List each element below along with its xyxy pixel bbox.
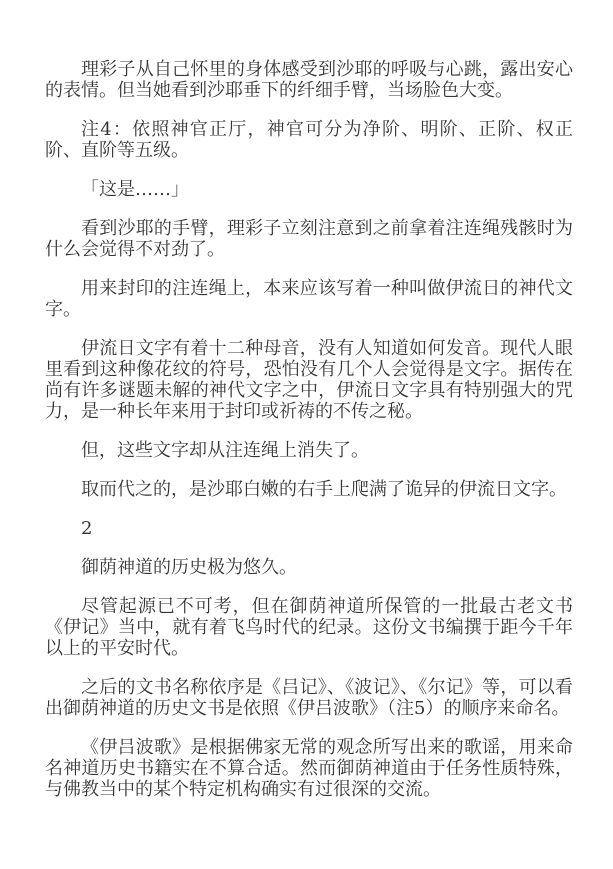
paragraph: 《伊吕波歌》是根据佛家无常的观念所写出来的歌谣，用来命名神道历史书籍实在不算合适… <box>45 737 573 800</box>
paragraph: 伊流日文字有着十二种母音，没有人知道如何发音。现代人眼里看到这种像花纹的符号，恐… <box>45 338 573 422</box>
paragraph: 理彩子从自己怀里的身体感受到沙耶的呼吸与心跳，露出安心的表情。但当她看到沙耶垂下… <box>45 59 573 101</box>
paragraph: 尽管起源已不可考，但在御荫神道所保管的一批最古老文书《伊记》当中，就有着飞鸟时代… <box>45 596 573 659</box>
document-page: 理彩子从自己怀里的身体感受到沙耶的呼吸与心跳，露出安心的表情。但当她看到沙耶垂下… <box>0 0 613 869</box>
paragraph-dialogue: 「这是……」 <box>45 179 573 200</box>
paragraph: 之后的文书名称依序是《吕记》、《波记》、《尔记》等，可以看出御荫神道的历史文书是… <box>45 677 573 719</box>
paragraph-footnote: 注4：依照神官正厅，神官可分为净阶、明阶、正阶、权正阶、直阶等五级。 <box>45 119 573 161</box>
section-number: 2 <box>45 518 573 539</box>
paragraph: 御荫神道的历史极为悠久。 <box>45 557 573 578</box>
paragraph: 取而代之的，是沙耶白嫩的右手上爬满了诡异的伊流日文字。 <box>45 479 573 500</box>
paragraph: 用来封印的注连绳上，本来应该写着一种叫做伊流日的神代文字。 <box>45 278 573 320</box>
paragraph: 看到沙耶的手臂，理彩子立刻注意到之前拿着注连绳残骸时为什么会觉得不对劲了。 <box>45 218 573 260</box>
paragraph: 但，这些文字却从注连绳上消失了。 <box>45 440 573 461</box>
